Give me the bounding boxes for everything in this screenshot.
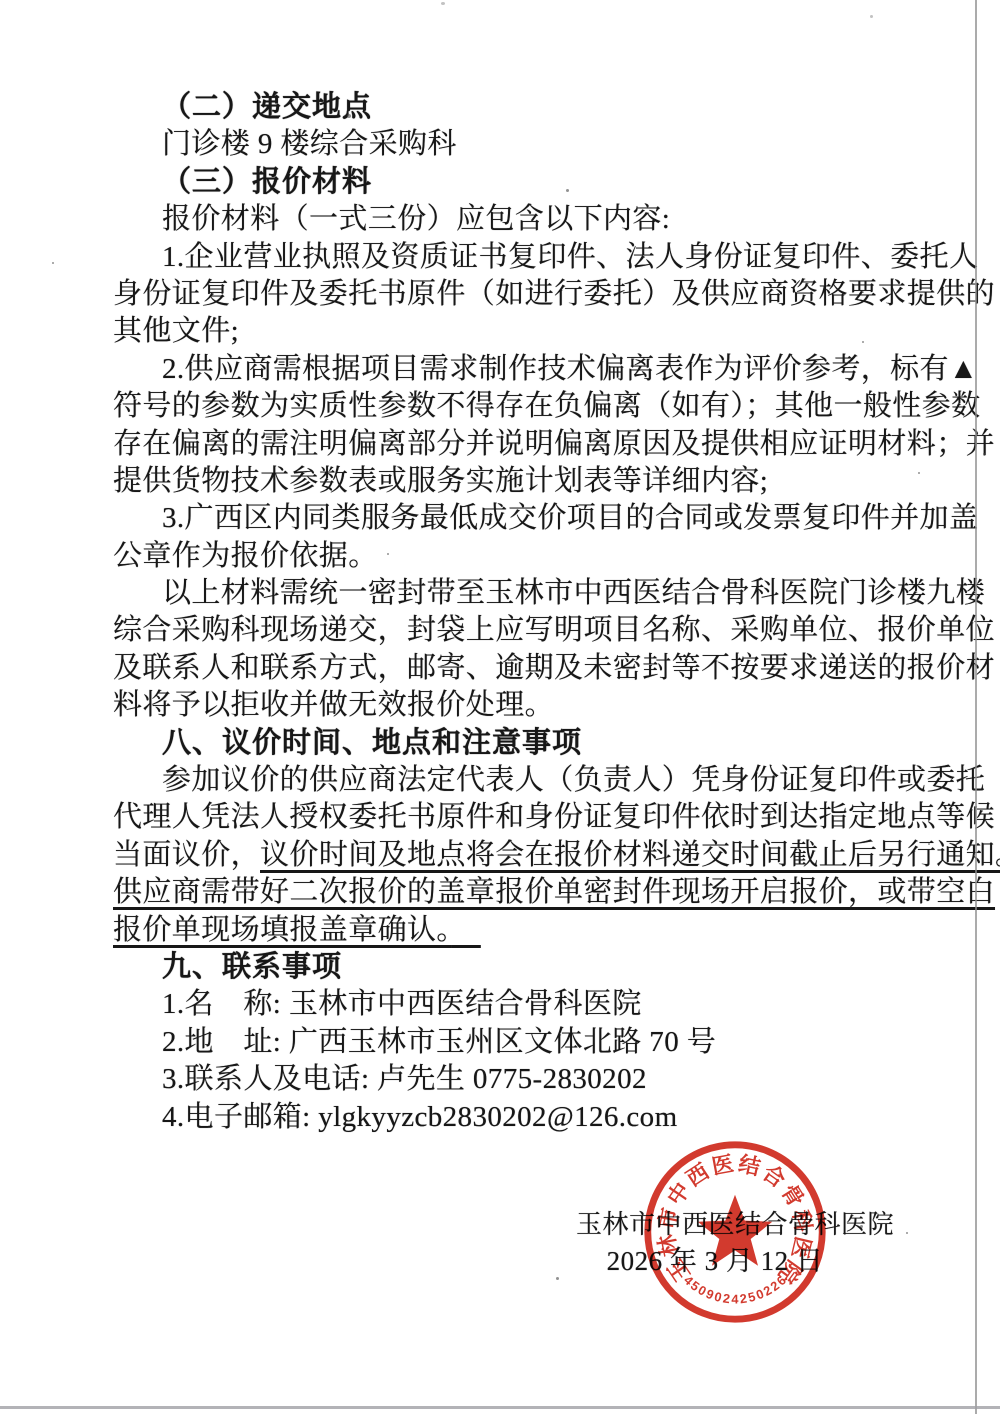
scan-speck: [566, 189, 569, 192]
text-line: 参加议价的供应商法定代表人（负责人）凭身份证复印件或委托: [113, 762, 923, 799]
text-line: 供应商需带好二次报价的盖章报价单密封件现场开启报价，或带空白: [113, 874, 923, 911]
scan-speck: [52, 262, 54, 264]
text-run: （三）报价材料: [162, 166, 372, 198]
text-line: 综合采购科现场递交，封袋上应写明项目名称、采购单位、报价单位: [113, 612, 923, 649]
text-run: 1.名 称: 玉林市中西医结合骨科医院: [162, 988, 642, 1020]
text-run: 3.广西区内同类服务最低成交价项目的合同或发票复印件并加盖: [162, 502, 978, 534]
scan-speck: [556, 1277, 559, 1280]
section-heading: 八、议价时间、地点和注意事项: [113, 725, 923, 762]
text-run: 报价材料（一式三份）应包含以下内容:: [162, 203, 670, 235]
scan-edge-vertical-line: [975, 0, 977, 1414]
text-run: 提供货物技术参数表或服务实施计划表等详细内容;: [113, 465, 768, 497]
text-line: 3.广西区内同类服务最低成交价项目的合同或发票复印件并加盖: [113, 500, 923, 537]
text-run: （二）递交地点: [162, 91, 372, 123]
scan-speck: [862, 341, 864, 343]
text-line: 门诊楼 9 楼综合采购科: [113, 126, 923, 163]
text-line: 当面议价，议价时间及地点将会在报价材料递交时间截止后另行通知。: [113, 837, 923, 874]
section-heading: （二）递交地点: [113, 89, 923, 126]
text-line: 料将予以拒收并做无效报价处理。: [113, 687, 923, 724]
text-line: 1.名 称: 玉林市中西医结合骨科医院: [113, 986, 923, 1023]
document-body: （二）递交地点门诊楼 9 楼综合采购科（三）报价材料报价材料（一式三份）应包含以…: [113, 89, 923, 1136]
underlined-text-run: 报价单现场填报盖章确认。: [113, 914, 451, 946]
text-run: 3.联系人及电话: 卢先生 0775-2830202: [162, 1063, 647, 1095]
scan-speck: [906, 1232, 908, 1234]
scan-speck: [983, 453, 985, 455]
text-run: 以上材料需统一密封带至玉林市中西医结合骨科医院门诊楼九楼: [162, 577, 985, 609]
text-run: 4.电子邮箱: ylgkyyzcb2830202@126.com: [162, 1101, 678, 1133]
text-run: 1.企业营业执照及资质证书复印件、法人身份证复印件、委托人: [162, 241, 978, 273]
text-run: 2.供应商需根据项目需求制作技术偏离表作为评价参考，标有▲: [162, 353, 978, 385]
text-line: 符号的参数为实质性参数不得存在负偏离（如有）；其他一般性参数: [113, 388, 923, 425]
seal-serial-number: 4509024250226: [681, 1273, 789, 1307]
scan-speck: [918, 472, 920, 474]
text-run: 门诊楼 9 楼综合采购科: [162, 128, 457, 160]
text-run: 2.地 址: 广西玉林市玉州区文体北路 70 号: [162, 1026, 716, 1058]
text-run: 公章作为报价依据。: [113, 540, 378, 572]
text-line: 4.电子邮箱: ylgkyyzcb2830202@126.com: [113, 1099, 923, 1136]
text-run: 料将予以拒收并做无效报价处理。: [113, 689, 554, 721]
text-line: 身份证复印件及委托书原件（如进行委托）及供应商资格要求提供的: [113, 276, 923, 313]
underlined-text-run: 供应商需带好二次报价的盖章报价单密封件现场开启报价，或带空白: [113, 876, 995, 908]
text-run: 八、议价时间、地点和注意事项: [162, 727, 582, 759]
scan-speck: [387, 553, 389, 555]
text-run: 及联系人和联系方式，邮寄、逾期及未密封等不按要求递送的报价材: [113, 652, 995, 684]
text-run: 当面议价，: [113, 839, 260, 871]
star-icon: [698, 1195, 772, 1266]
scan-speck: [347, 114, 351, 118]
scan-speck: [870, 15, 873, 18]
text-line: 公章作为报价依据。: [113, 538, 923, 575]
section-heading: 九、联系事项: [113, 949, 923, 986]
text-line: 代理人凭法人授权委托书原件和身份证复印件依时到达指定地点等候: [113, 799, 923, 836]
text-run: 综合采购科现场递交，封袋上应写明项目名称、采购单位、报价单位: [113, 614, 995, 646]
scan-edge-bottom-line: [0, 1406, 1000, 1409]
scanned-document-page: （二）递交地点门诊楼 9 楼综合采购科（三）报价材料报价材料（一式三份）应包含以…: [0, 0, 1000, 1414]
text-line: 其他文件;: [113, 313, 923, 350]
text-line: 2.地 址: 广西玉林市玉州区文体北路 70 号: [113, 1024, 923, 1061]
scan-speck: [441, 2, 445, 5]
text-run: 其他文件;: [113, 315, 239, 347]
text-line: 及联系人和联系方式，邮寄、逾期及未密封等不按要求递送的报价材: [113, 650, 923, 687]
text-line: 以上材料需统一密封带至玉林市中西医结合骨科医院门诊楼九楼: [113, 575, 923, 612]
text-run: 参加议价的供应商法定代表人（负责人）凭身份证复印件或委托: [162, 764, 985, 796]
scan-speck: [928, 843, 930, 845]
official-seal-stamp: 玉林市中西医结合骨科医院 4509024250226: [637, 1134, 833, 1330]
text-line: 2.供应商需根据项目需求制作技术偏离表作为评价参考，标有▲: [113, 351, 923, 388]
text-run: 符号的参数为实质性参数不得存在负偏离（如有）；其他一般性参数: [113, 390, 981, 422]
text-line: 提供货物技术参数表或服务实施计划表等详细内容;: [113, 463, 923, 500]
underlined-text-run: 议价时间及地点将会在报价材料递交时间截止后另行通知。: [260, 839, 1000, 871]
svg-text:4509024250226: 4509024250226: [681, 1273, 789, 1307]
text-line: 报价单现场填报盖章确认。: [113, 912, 923, 949]
underlined-text-run: [451, 914, 480, 946]
section-heading: （三）报价材料: [113, 164, 923, 201]
scan-speck: [860, 1225, 863, 1228]
text-line: 报价材料（一式三份）应包含以下内容:: [113, 201, 923, 238]
text-run: 身份证复印件及委托书原件（如进行委托）及供应商资格要求提供的: [113, 278, 995, 310]
text-line: 3.联系人及电话: 卢先生 0775-2830202: [113, 1061, 923, 1098]
text-line: 存在偏离的需注明偏离部分并说明偏离原因及提供相应证明材料；并: [113, 426, 923, 463]
text-run: 九、联系事项: [162, 951, 342, 983]
text-run: 代理人凭法人授权委托书原件和身份证复印件依时到达指定地点等候: [113, 801, 995, 833]
text-line: 1.企业营业执照及资质证书复印件、法人身份证复印件、委托人: [113, 239, 923, 276]
text-run: 存在偏离的需注明偏离部分并说明偏离原因及提供相应证明材料；并: [113, 428, 995, 460]
